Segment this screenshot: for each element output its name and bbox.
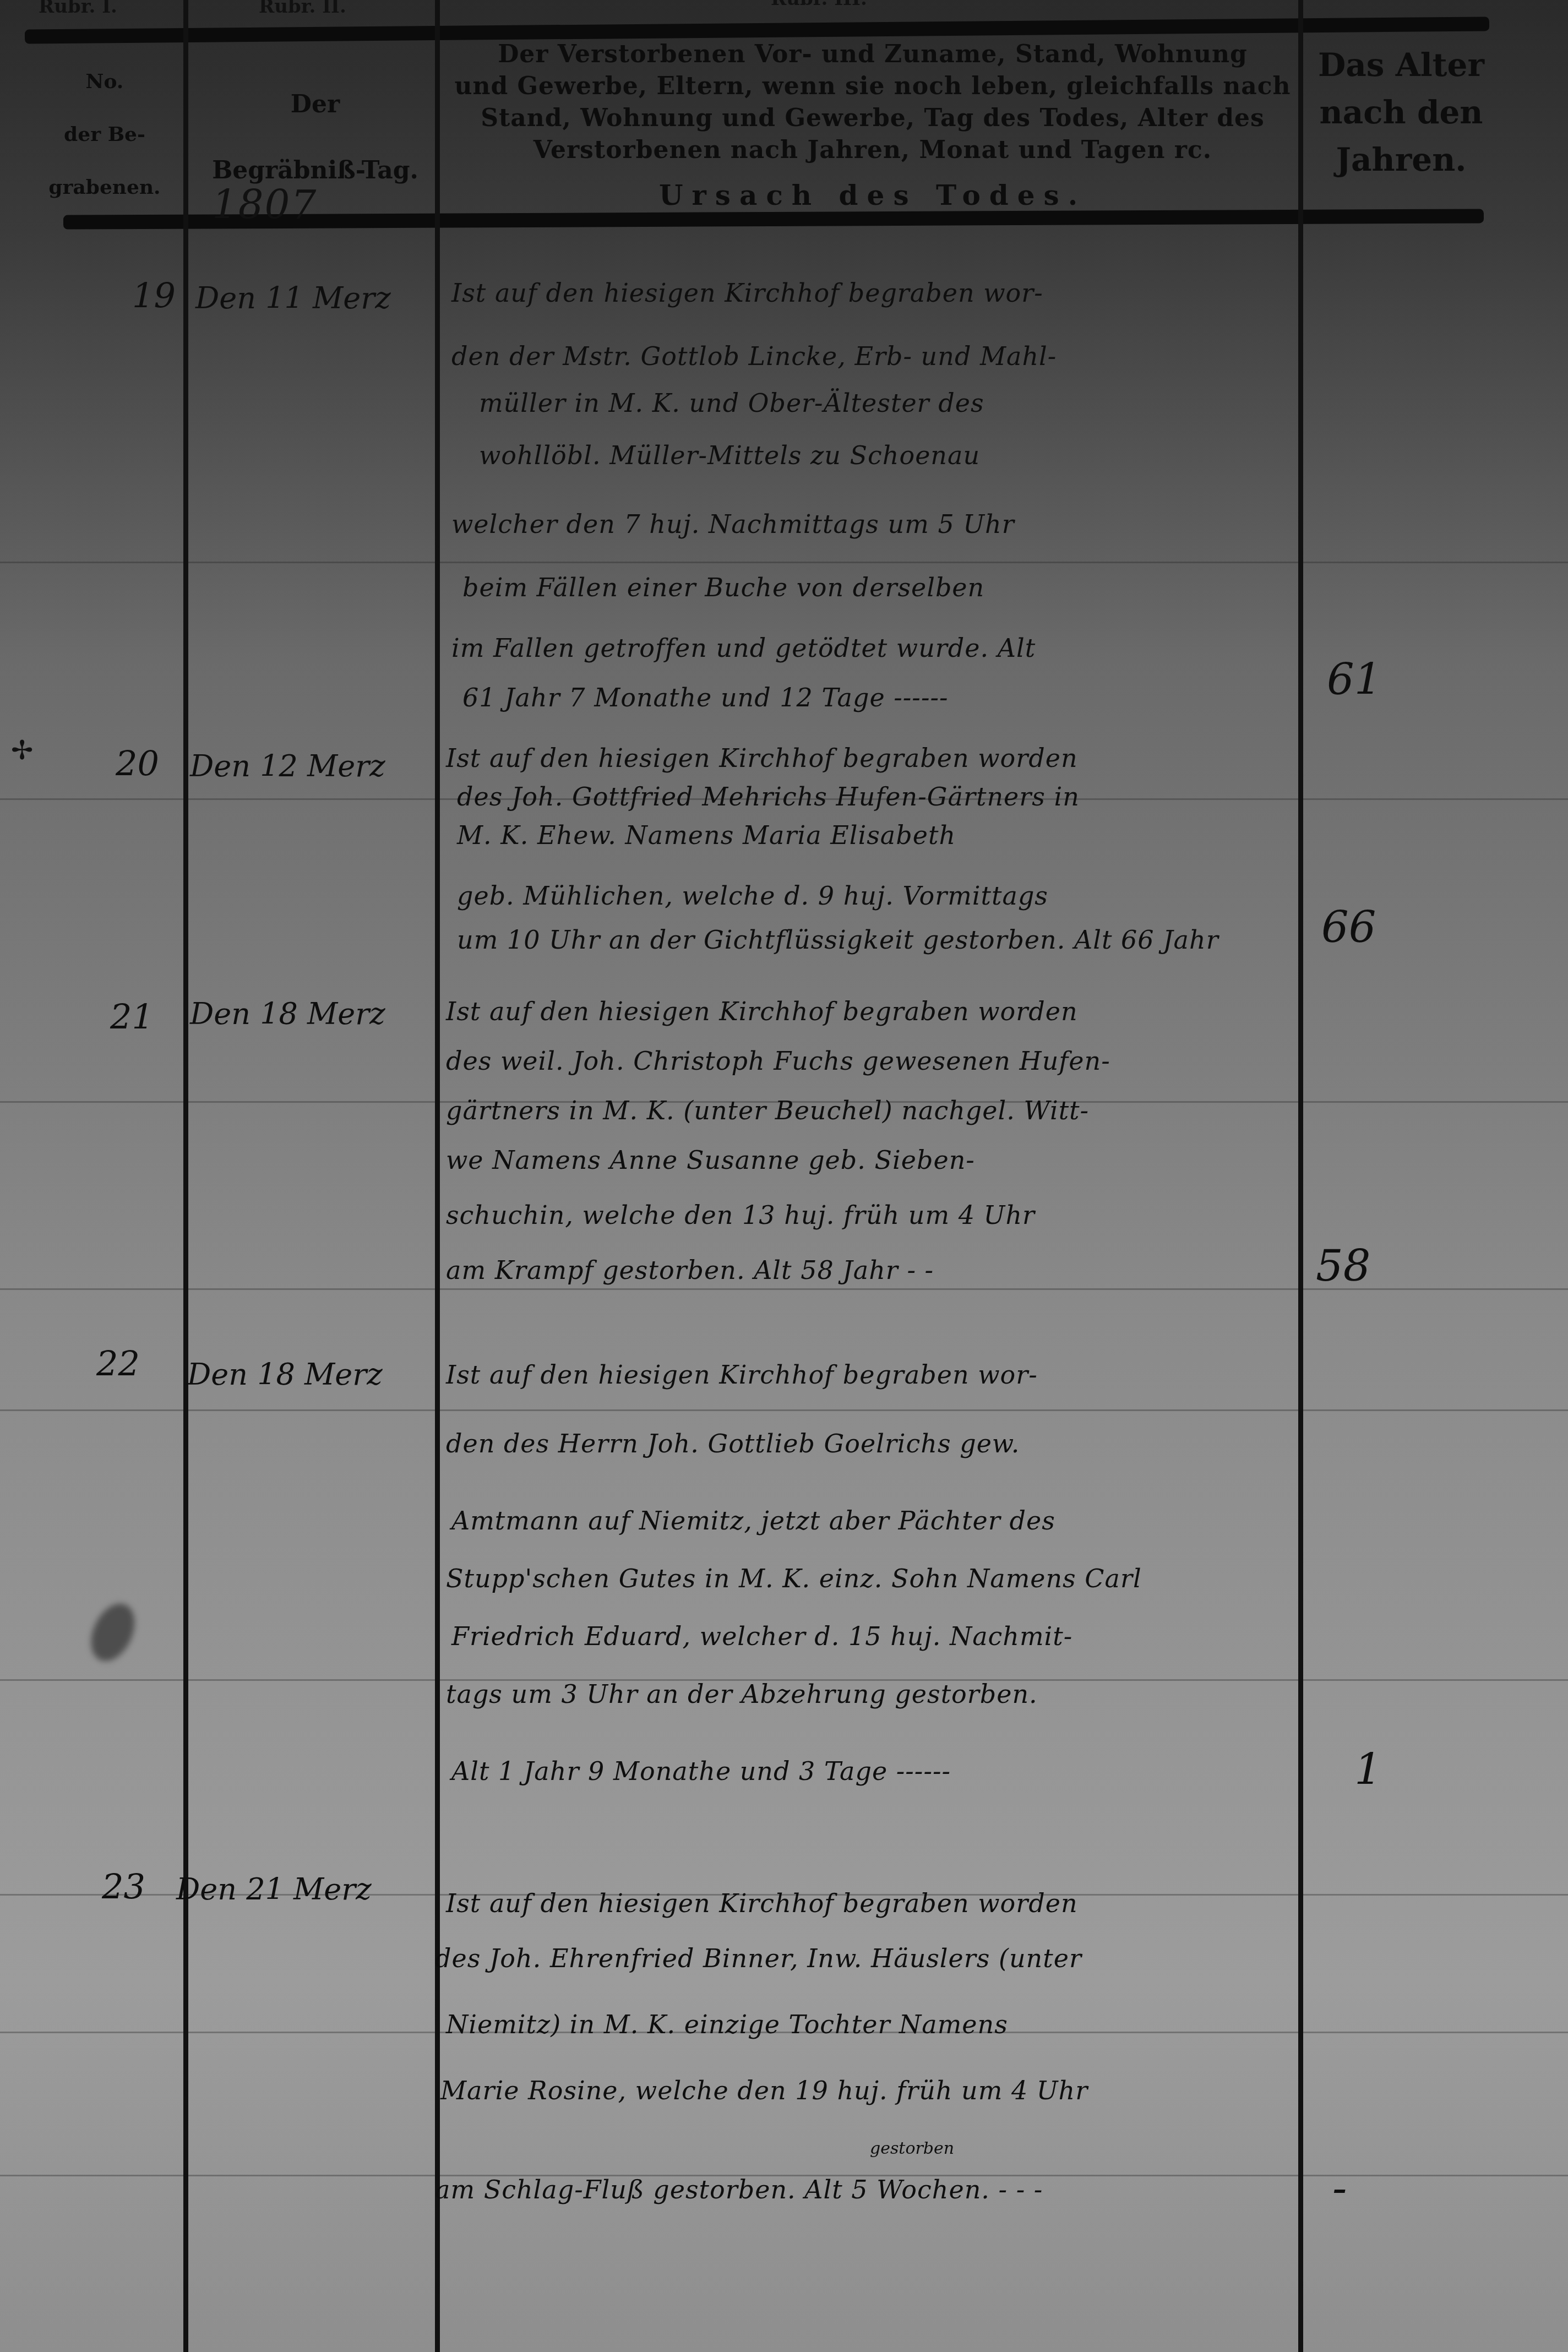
entry-text-line: 61 Jahr 7 Monathe und 12 Tage ------ — [462, 683, 949, 712]
entry-burial-date: Den 18 Merz — [187, 1357, 383, 1392]
entry-text-line: Ist auf den hiesigen Kirchhof begraben w… — [446, 1360, 1038, 1390]
entry-text-line: beim Fällen einer Buche von derselben — [462, 573, 984, 602]
entry-text-line: Ist auf den hiesigen Kirchhof begraben w… — [446, 997, 1078, 1026]
header-line: Das Alter — [1305, 41, 1498, 89]
header-line: Der — [190, 72, 440, 138]
header-deceased-details: Der Verstorbenen Vor- und Zuname, Stand,… — [451, 39, 1294, 211]
entry-text-line: geb. Mühlichen, welche d. 9 huj. Vormitt… — [457, 881, 1048, 911]
entry-text-line: Stupp'schen Gutes in M. K. einz. Sohn Na… — [446, 1564, 1142, 1593]
entry-age: 66 — [1321, 903, 1376, 952]
entry-number: 21 — [110, 997, 154, 1037]
entry-age: - — [1332, 2164, 1347, 2213]
entry-burial-date: Den 12 Merz — [190, 749, 385, 783]
entry-age: 58 — [1316, 1242, 1370, 1291]
rubric-2: Rubr. II. — [259, 0, 346, 18]
entry-number: 19 — [132, 275, 176, 315]
ink-smudge — [83, 1597, 143, 1668]
entry-text-line: Amtmann auf Niemitz, jetzt aber Pächter … — [451, 1506, 1055, 1536]
header-age-in-years: Das Alter nach den Jahren. — [1305, 41, 1498, 183]
header-line: Verstorbenen nach Jahren, Monat und Tage… — [451, 134, 1294, 166]
entry-burial-date: Den 21 Merz — [176, 1872, 372, 1907]
column-divider-2 — [435, 0, 440, 2352]
header-line: nach den — [1305, 89, 1498, 136]
entry-insertion-note: gestorben — [870, 2139, 954, 2158]
entry-number: 20 — [116, 743, 159, 783]
entry-number: 22 — [96, 1343, 140, 1384]
entry-text-line: gärtners in M. K. (unter Beuchel) nachge… — [446, 1096, 1089, 1125]
entry-text-line: des Joh. Gottfried Mehrichs Hufen-Gärtne… — [457, 782, 1080, 812]
rubric-1: Rubr. I. — [39, 0, 117, 18]
header-line: grabenen. — [22, 161, 187, 214]
header-line: und Gewerbe, Eltern, wenn sie noch leben… — [451, 70, 1294, 102]
ruled-line — [0, 1409, 1568, 1411]
entry-text-line: am Schlag-Fluß gestorben. Alt 5 Wochen. … — [435, 2175, 1043, 2204]
header-line: Jahren. — [1305, 136, 1498, 183]
register-year: 1807 — [212, 182, 317, 228]
entry-text-line: tags um 3 Uhr an der Abzehrung gestorben… — [446, 1679, 1038, 1709]
margin-mark-icon: ✢ — [11, 735, 33, 766]
entry-text-line: welcher den 7 huj. Nachmittags um 5 Uhr — [451, 509, 1015, 539]
entry-burial-date: Den 18 Merz — [190, 997, 385, 1031]
entry-text-line: am Krampf gestorben. Alt 58 Jahr - - — [446, 1255, 934, 1285]
entry-text-line: Niemitz) in M. K. einzige Tochter Namens — [446, 2010, 1008, 2039]
entry-burial-date: Den 11 Merz — [195, 281, 391, 315]
entry-text-line: den der Mstr. Gottlob Lincke, Erb- und M… — [451, 341, 1057, 371]
entry-text-line: we Namens Anne Susanne geb. Sieben- — [446, 1145, 975, 1175]
entry-text-line: Marie Rosine, welche den 19 huj. früh um… — [440, 2076, 1088, 2105]
header-burial-number: No. der Be- grabenen. — [22, 55, 187, 214]
rubric-3: Rubr. III. — [771, 0, 867, 10]
entry-text-line: des weil. Joh. Christoph Fuchs gewesenen… — [446, 1046, 1110, 1076]
entry-text-line: des Joh. Ehrenfried Binner, Inw. Häusler… — [435, 1943, 1082, 1973]
entry-text-line: Ist auf den hiesigen Kirchhof begraben w… — [446, 1888, 1078, 1918]
entry-age: 1 — [1354, 1745, 1382, 1795]
entry-text-line: Ist auf den hiesigen Kirchhof begraben w… — [446, 743, 1078, 773]
header-line: Der Verstorbenen Vor- und Zuname, Stand,… — [451, 39, 1294, 70]
entry-text-line: Alt 1 Jahr 9 Monathe und 3 Tage ------ — [451, 1756, 951, 1786]
entry-text-line: wohllöbl. Müller-Mittels zu Schoenau — [479, 440, 980, 470]
entry-text-line: den des Herrn Joh. Gottlieb Goelrichs ge… — [446, 1429, 1020, 1458]
column-divider-1 — [183, 0, 188, 2352]
register-page: Rubr. I. Rubr. II. Rubr. III. No. der Be… — [0, 0, 1568, 2352]
header-line: Stand, Wohnung und Gewerbe, Tag des Tode… — [451, 102, 1294, 134]
entry-age: 61 — [1327, 655, 1381, 705]
column-divider-3 — [1298, 0, 1303, 2352]
header-line: No. — [22, 55, 187, 108]
entry-text-line: schuchin, welche den 13 huj. früh um 4 U… — [446, 1200, 1035, 1230]
entry-text-line: M. K. Ehew. Namens Maria Elisabeth — [457, 820, 956, 850]
entry-text-line: Friedrich Eduard, welcher d. 15 huj. Nac… — [451, 1621, 1072, 1651]
header-line: der Be- — [22, 108, 187, 161]
entry-text-line: im Fallen getroffen und getödtet wurde. … — [451, 633, 1036, 663]
header-cause-of-death: Ursach des Todes. — [451, 179, 1294, 211]
entry-number: 23 — [102, 1866, 145, 1907]
ruled-line — [0, 562, 1568, 563]
entry-text-line: um 10 Uhr an der Gichtflüssigkeit gestor… — [457, 925, 1219, 955]
entry-text-line: Ist auf den hiesigen Kirchhof begraben w… — [451, 278, 1043, 308]
entry-text-line: müller in M. K. und Ober-Ältester des — [479, 388, 984, 418]
